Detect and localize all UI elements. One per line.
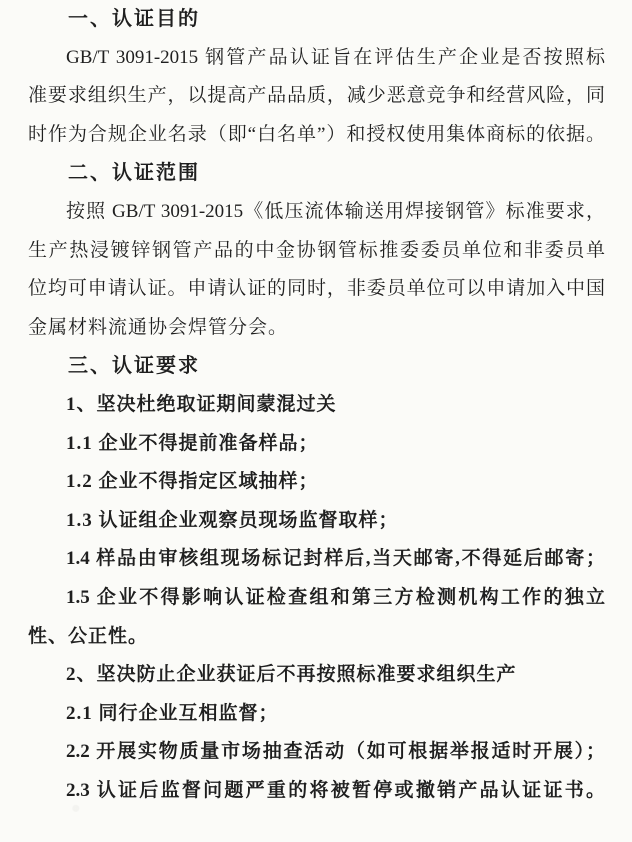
section-heading-scope: 二、认证范围 <box>28 154 605 193</box>
paragraph-line: 金属材料流通协会焊管分会。 <box>28 309 605 348</box>
list-item-1-2: 1.2 企业不得指定区域抽样； <box>28 463 605 502</box>
section-heading-purpose: 一、认证目的 <box>28 0 605 39</box>
list-item-2-2: 2.2 开展实物质量市场抽查活动（如可根据举报适时开展）； <box>28 733 605 772</box>
list-item-1-5: 1.5 企业不得影响认证检查组和第三方检测机构工作的独立 <box>28 579 605 618</box>
paragraph-line: 准要求组织生产，以提高产品品质，减少恶意竞争和经营风险，同 <box>28 77 605 116</box>
list-item-1-4: 1.4 样品由审核组现场标记封样后,当天邮寄,不得延后邮寄； <box>28 540 605 579</box>
paragraph-line: 位均可申请认证。申请认证的同时，非委员单位可以申请加入中国 <box>28 270 605 309</box>
list-item-1-3: 1.3 认证组企业观察员现场监督取样； <box>28 502 605 541</box>
list-item-1-5-continuation: 性、公正性。 <box>28 618 605 657</box>
paragraph-line: GB/T 3091-2015 钢管产品认证旨在评估生产企业是否按照标 <box>28 39 605 78</box>
section-heading-requirements: 三、认证要求 <box>28 347 605 386</box>
list-item-2: 2、坚决防止企业获证后不再按照标准要求组织生产 <box>28 656 605 695</box>
paragraph-line: 生产热浸镀锌钢管产品的中金协钢管标推委委员单位和非委员单 <box>28 232 605 271</box>
paragraph-line: 时作为合规企业名录（即“白名单”）和授权使用集体商标的依据。 <box>28 116 605 155</box>
paragraph-line: 按照 GB/T 3091-2015《低压流体输送用焊接钢管》标准要求， <box>28 193 605 232</box>
list-item-1: 1、坚决杜绝取证期间蒙混过关 <box>28 386 605 425</box>
list-item-2-3: 2.3 认证后监督问题严重的将被暂停或撤销产品认证证书。 <box>28 772 605 811</box>
document-page: 一、认证目的 GB/T 3091-2015 钢管产品认证旨在评估生产企业是否按照… <box>0 0 632 842</box>
list-item-2-1: 2.1 同行企业互相监督； <box>28 695 605 734</box>
list-item-1-1: 1.1 企业不得提前准备样品； <box>28 425 605 464</box>
